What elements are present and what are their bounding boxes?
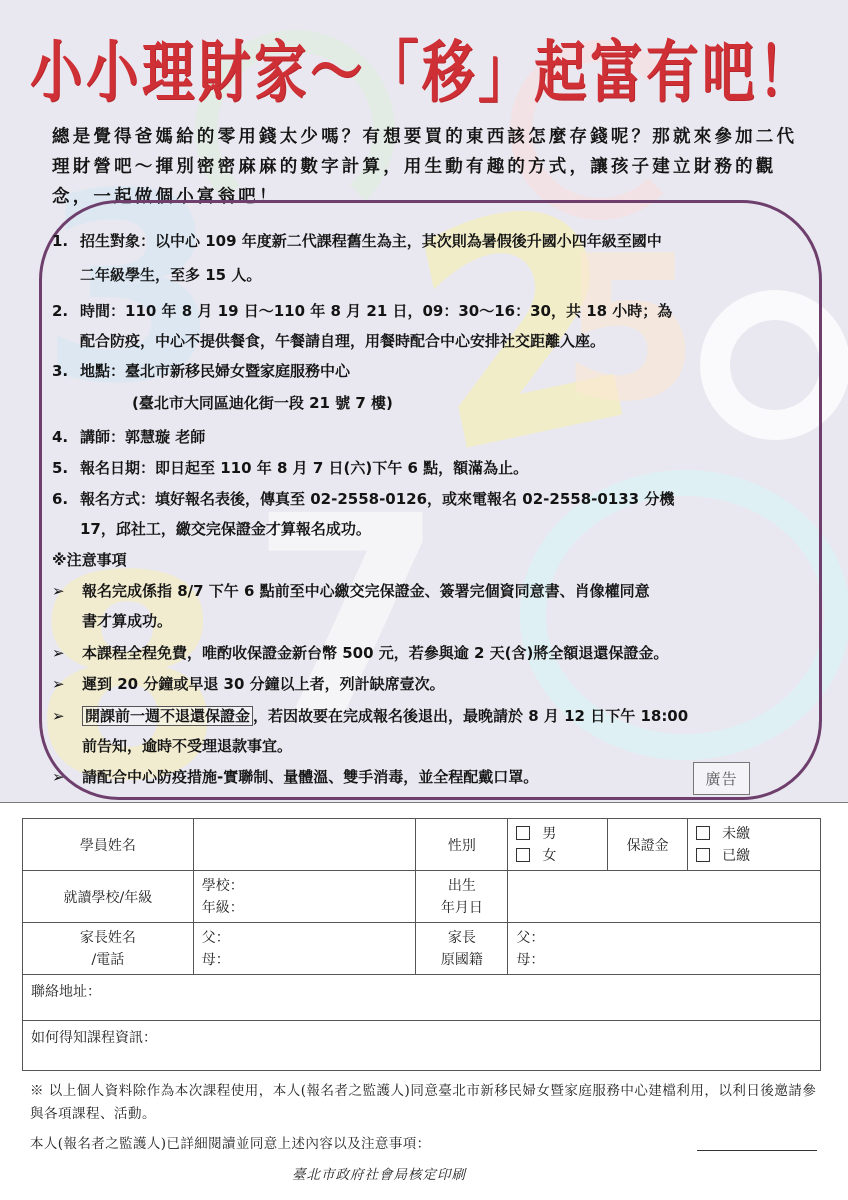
detail-item-3-cont: (臺北市大同區迪化街一段 21 號 7 樓) [52,392,393,413]
form-row-student: 學員姓名 性別 男 女 保證金 未繳 已繳 [23,819,821,871]
note-item-1-cont: 書才算成功。 [52,610,172,631]
checkbox-icon[interactable] [696,848,710,862]
detail-item-4: 4.講師：郭慧璇 老師 [52,426,205,447]
gender-label: 性別 [416,819,508,871]
school-label: 學校： [202,875,416,897]
deposit-unpaid-option[interactable]: 未繳 [688,823,820,845]
checkbox-icon[interactable] [696,826,710,840]
item-label: 報名方式： [80,490,155,508]
item-number: 5. [52,459,80,477]
item-number: 1. [52,232,80,250]
detail-item-1-cont: 二年級學生，至多 15 人。 [52,264,261,285]
course-source-field[interactable]: 如何得知課程資訊： [23,1021,821,1071]
arrow-bullet-icon: ➢ [52,768,82,786]
note-item-2: ➢本課程全程免費，唯酌收保證金新台幣 500 元，若參與逾 2 天(含)將全額退… [52,642,668,663]
detail-item-6-cont: 17，邱社工，繳交完保證金才算報名成功。 [52,518,371,539]
note-text: ，若因故要在完成報名後退出，最晚請於 8 月 12 日下午 18:00 [253,707,688,725]
arrow-bullet-icon: ➢ [52,582,82,600]
grade-label: 年級： [202,897,416,919]
school-grade-label: 就讀學校/年級 [23,871,194,923]
student-name-label: 學員姓名 [23,819,194,871]
address-field[interactable]: 聯絡地址： [23,975,821,1021]
item-text: 110 年 8 月 19 日～110 年 8 月 21 日，09：30～16：3… [125,302,672,320]
deposit-paid-option[interactable]: 已繳 [688,845,820,867]
item-number: 6. [52,490,80,508]
item-text: 填好報名表後，傳真至 02-2558-0126，或來電報名 02-2558-01… [155,490,674,508]
item-label: 報名日期： [80,459,155,477]
intro-paragraph: 總是覺得爸媽給的零用錢太少嗎？有想要買的東西該怎麼存錢呢？那就來參加二代理財營吧… [52,122,812,212]
item-label: 時間： [80,302,125,320]
school-grade-field[interactable]: 學校： 年級： [193,871,416,923]
detail-item-1: 1.招生對象：以中心 109 年度新二代課程舊生為主，其次則為暑假後升國小四年級… [52,230,662,251]
parent-name-field[interactable]: 父： 母： [193,923,416,975]
note-item-4-cont: 前告知，逾時不受理退款事宜。 [52,735,292,756]
arrow-bullet-icon: ➢ [52,644,82,662]
parent-name-label: 家長姓名 /電話 [23,923,194,975]
notes-heading: ※注意事項 [52,549,127,570]
item-label: 招生對象： [80,232,155,250]
father-label: 父： [202,927,416,949]
form-row-parent: 家長姓名 /電話 父： 母： 家長 原國籍 父： 母： [23,923,821,975]
mother-label: 母： [202,949,416,971]
detail-item-3: 3.地點：臺北市新移民婦女暨家庭服務中心 [52,360,350,381]
item-text: 臺北市新移民婦女暨家庭服務中心 [125,362,350,380]
birth-label: 出生 年月日 [416,871,508,923]
address-label: 聯絡地址： [31,984,101,1000]
item-label: 講師： [80,428,125,446]
item-number: 4. [52,428,80,446]
signature-line[interactable] [697,1150,817,1151]
note-item-5: ➢請配合中心防疫措施-實聯制、量體溫、雙手消毒，並全程配戴口罩。 [52,766,538,787]
gender-male-option[interactable]: 男 [508,823,607,845]
student-name-field[interactable] [193,819,416,871]
deposit-label: 保證金 [608,819,688,871]
detail-item-6: 6.報名方式：填好報名表後，傳真至 02-2558-0126，或來電報名 02-… [52,488,674,509]
gender-female-option[interactable]: 女 [508,845,607,867]
deposit-options: 未繳 已繳 [688,819,821,871]
item-label: 地點： [80,362,125,380]
checkbox-icon[interactable] [516,826,530,840]
item-number: 2. [52,302,80,320]
registration-form: 學員姓名 性別 男 女 保證金 未繳 已繳 就讀學校/年級 學校： 年級： 出生… [22,818,821,1071]
note-text: 報名完成係指 8/7 下午 6 點前至中心繳交完保證金、簽署完個資同意書、肖像權… [82,582,650,600]
note-item-4: ➢開課前一週不退還保證金，若因故要在完成報名後退出，最晚請於 8 月 12 日下… [52,705,688,726]
mother-label: 母： [516,949,820,971]
note-text: 請配合中心防疫措施-實聯制、量體溫、雙手消毒，並全程配戴口罩。 [82,768,538,786]
note-text: 本課程全程免費，唯酌收保證金新台幣 500 元，若參與逾 2 天(含)將全額退還… [82,644,668,662]
privacy-note: ※ 以上個人資料除作為本次課程使用，本人(報名者之監護人)同意臺北市新移民婦女暨… [30,1080,825,1126]
father-label: 父： [516,927,820,949]
nationality-label: 家長 原國籍 [416,923,508,975]
item-text: 以中心 109 年度新二代課程舊生為主，其次則為暑假後升國小四年級至國中 [155,232,662,250]
form-row-school: 就讀學校/年級 學校： 年級： 出生 年月日 [23,871,821,923]
nationality-field[interactable]: 父： 母： [508,923,821,975]
detail-item-2-cont: 配合防疫，中心不提供餐食，午餐請自理，用餐時配合中心安排社交距離入座。 [52,330,605,351]
ad-badge: 廣告 [693,762,750,795]
gender-options: 男 女 [508,819,608,871]
item-text: 即日起至 110 年 8 月 7 日(六)下午 6 點，額滿為止。 [155,459,528,477]
note-text: 遲到 20 分鐘或早退 30 分鐘以上者，列計缺席壹次。 [82,675,445,693]
checkbox-icon[interactable] [516,848,530,862]
detail-item-2: 2.時間：110 年 8 月 19 日～110 年 8 月 21 日，09：30… [52,300,672,321]
form-row-source: 如何得知課程資訊： [23,1021,821,1071]
item-number: 3. [52,362,80,380]
birth-field[interactable] [508,871,821,923]
page-title: 小小理財家～「移」起富有吧！ [30,18,830,133]
poster-background: 3 2 5 8 7 小小理財家～「移」起富有吧！ 總是覺得爸媽給的零用錢太少嗎？… [0,0,848,803]
arrow-bullet-icon: ➢ [52,675,82,693]
course-source-label: 如何得知課程資訊： [31,1030,157,1046]
note-item-3: ➢遲到 20 分鐘或早退 30 分鐘以上者，列計缺席壹次。 [52,673,445,694]
arrow-bullet-icon: ➢ [52,707,82,725]
printer-approval: 臺北市政府社會局核定印刷 [0,1163,848,1183]
item-text: 郭慧璇 老師 [125,428,205,446]
divider [0,802,848,803]
consent-statement: 本人(報名者之監護人)已詳細閱讀並同意上述內容以及注意事項： [30,1132,830,1152]
form-row-address: 聯絡地址： [23,975,821,1021]
detail-item-5: 5.報名日期：即日起至 110 年 8 月 7 日(六)下午 6 點，額滿為止。 [52,457,528,478]
highlighted-text: 開課前一週不退還保證金 [82,706,253,726]
note-item-1: ➢報名完成係指 8/7 下午 6 點前至中心繳交完保證金、簽署完個資同意書、肖像… [52,580,650,601]
